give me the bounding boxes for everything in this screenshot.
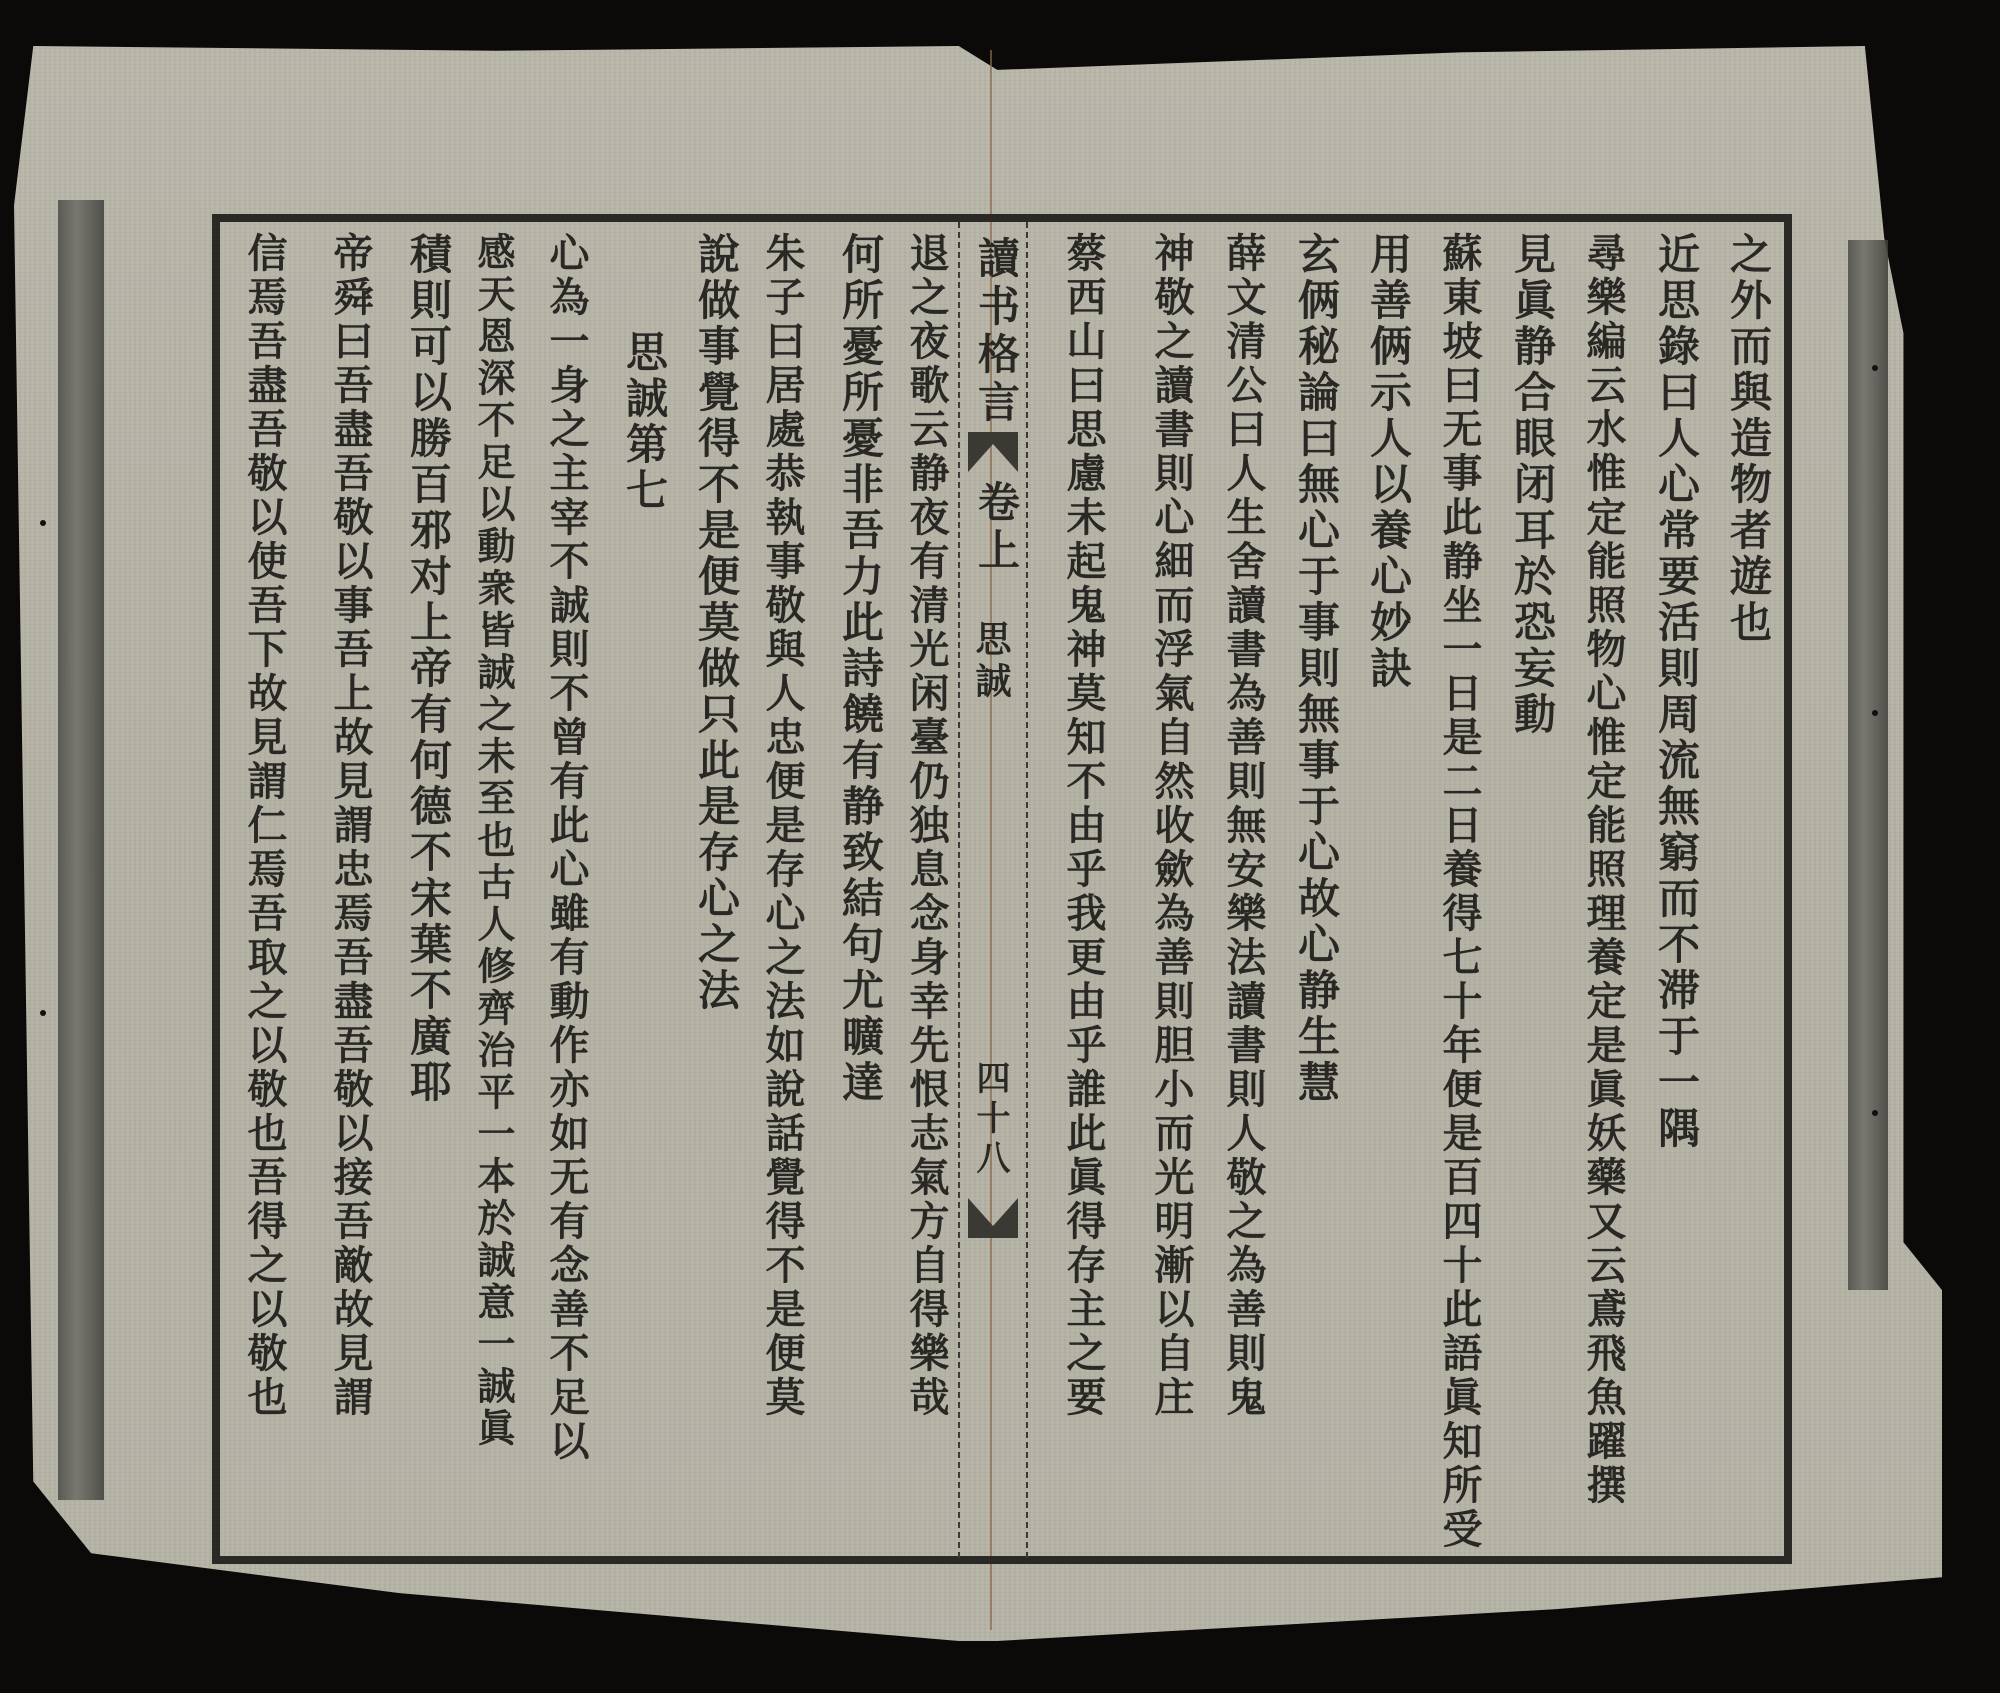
text-column: 蘇東坡曰无事此静坐一日是二日養得七十年便是百四十此語眞知所受 bbox=[1430, 232, 1488, 1552]
section-label: 思誠 bbox=[966, 620, 1017, 704]
text-column: 心為一身之主宰不誠則不曾有此心雖有動作亦如无有念善不足以 bbox=[542, 232, 590, 1464]
chapter-heading: 思誠第七 bbox=[614, 330, 674, 514]
text-column: 用善俩示人以養心妙訣 bbox=[1358, 232, 1418, 692]
text-column: 之外而與造物者遊也 bbox=[1718, 232, 1778, 646]
binding-hole bbox=[1872, 365, 1878, 371]
binding-hole bbox=[40, 1010, 46, 1016]
text-column: 積則可以勝百邪对上帝有何德不宋葉不廣耶 bbox=[398, 232, 458, 1106]
left-margin-smudge bbox=[58, 200, 104, 1500]
book-title: 讀书格言 bbox=[966, 236, 1026, 428]
text-column: 感天恩深不足以動衆皆誠之未至也古人修齊治平一本於誠意一誠眞 bbox=[470, 232, 516, 1450]
text-column: 見眞静合眼闭耳於恐妄動 bbox=[1502, 232, 1562, 738]
binding-hole bbox=[1872, 710, 1878, 716]
text-column: 神敬之讀書則心細而浮氣自然收歛為善則胆小而光明漸以自庄 bbox=[1142, 232, 1200, 1420]
binding-hole bbox=[40, 520, 46, 526]
text-column: 退之夜歌云静夜有清光闲臺仍独息念身幸先恨志氣方自得樂哉 bbox=[902, 232, 950, 1420]
text-column: 帝舜曰吾盡吾敬以事吾上故見謂忠焉吾盡吾敬以接吾敵故見謂 bbox=[326, 232, 374, 1420]
text-column: 蔡西山曰思慮未起鬼神莫知不由乎我更由乎誰此眞得存主之要 bbox=[1054, 232, 1112, 1420]
page-number: 四十八 bbox=[966, 1060, 1015, 1180]
text-column: 信焉吾盡吾敬以使吾下故見謂仁焉吾取之以敬也吾得之以敬也 bbox=[240, 232, 288, 1420]
right-margin-smudge bbox=[1848, 240, 1888, 1290]
text-column: 薛文清公曰人生舍讀書為善則無安樂法讀書則人敬之為善則鬼 bbox=[1214, 232, 1272, 1420]
binding-hole bbox=[1872, 1110, 1878, 1116]
text-column: 說做事覺得不是便莫做只此是存心之法 bbox=[686, 232, 746, 1014]
text-column: 何所憂所憂非吾力此詩饒有静致結句尤曠達 bbox=[830, 232, 890, 1106]
text-column: 朱子曰居處恭執事敬與人忠便是存心之法如說話覺得不是便莫 bbox=[758, 232, 806, 1420]
volume-label: 卷上 bbox=[966, 480, 1026, 576]
text-column: 玄俩秘論曰無心于事則無事于心故心静生慧 bbox=[1286, 232, 1346, 1106]
text-column: 尋樂編云水惟定能照物心惟定能照理養定是眞妖藥又云鳶飛魚躍撰 bbox=[1574, 232, 1632, 1508]
text-column: 近思錄曰人心常要活則周流無窮而不滞于一隅 bbox=[1646, 232, 1706, 1152]
